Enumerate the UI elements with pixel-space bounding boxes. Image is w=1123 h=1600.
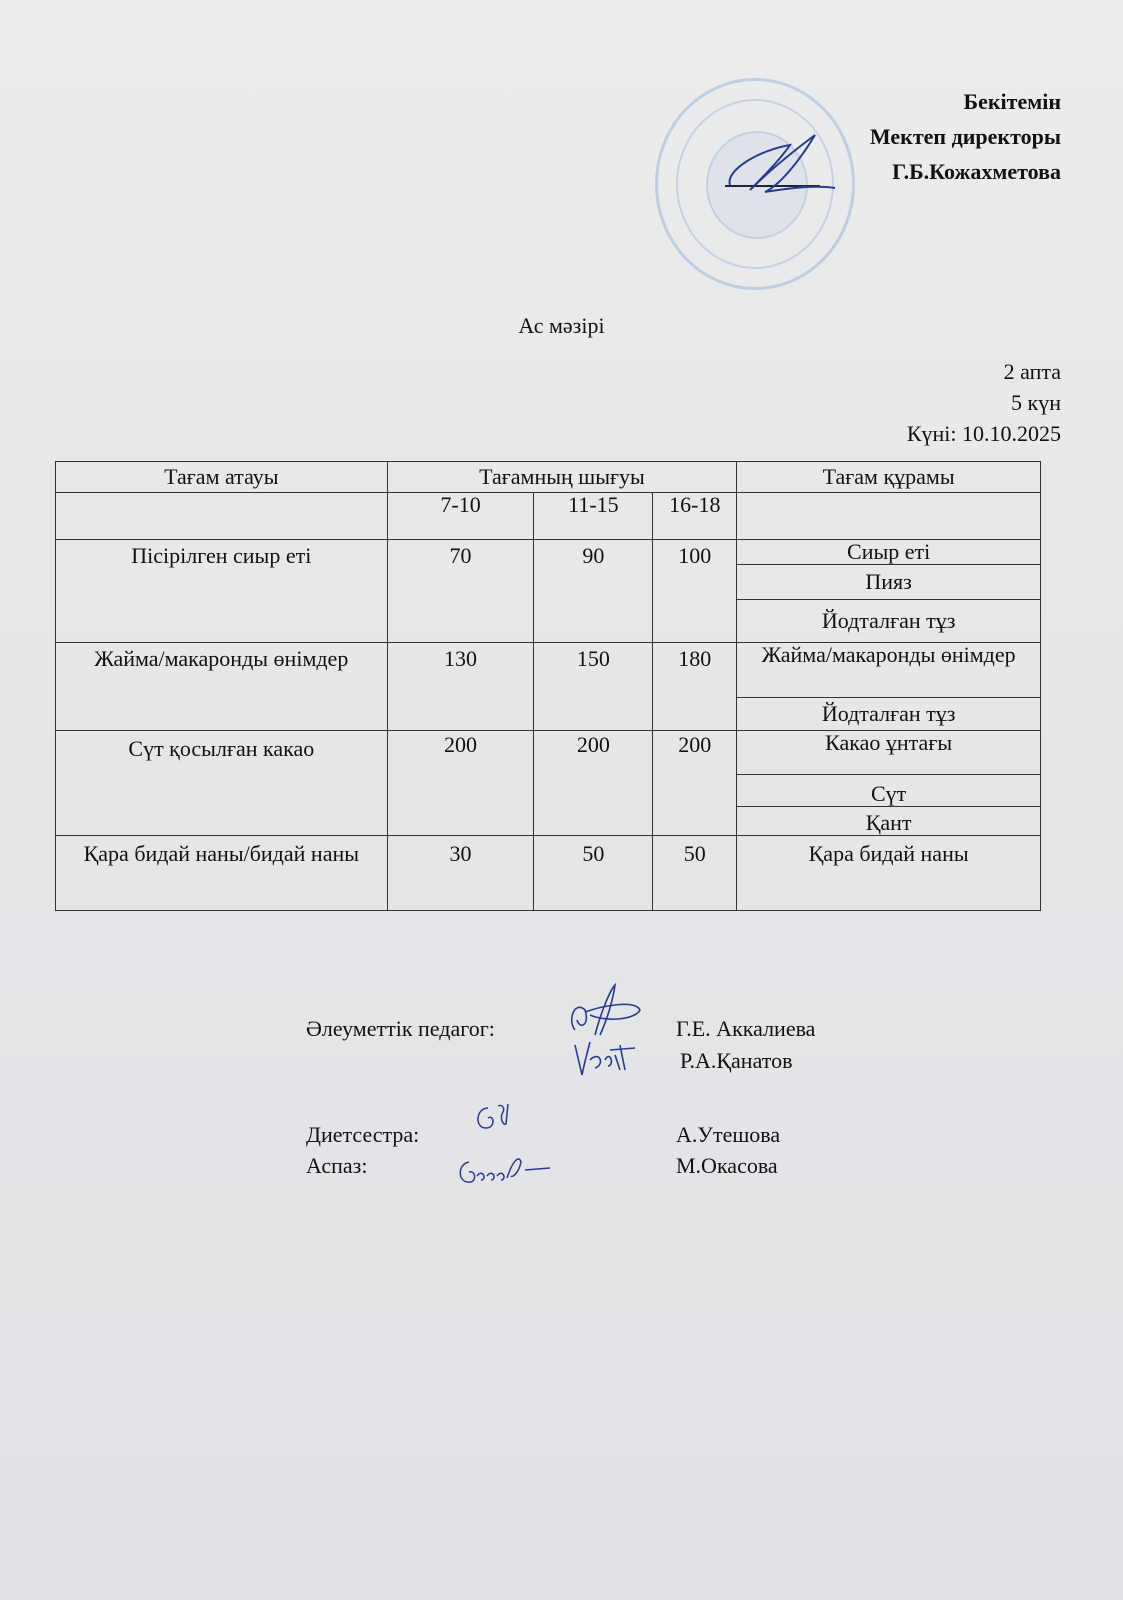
ingredient: Сүт [737,775,1041,807]
portion-16-18: 100 [653,540,737,643]
portion-16-18: 200 [653,731,737,836]
portion-7-10: 30 [387,836,534,911]
signer-name: Г.Е. Аккалиева [676,1016,815,1042]
dish-name: Пісірілген сиыр еті [56,540,388,643]
ingredient: Қара бидай наны [737,836,1041,911]
table-row: Қара бидай наны/бидай наны 30 50 50 Қара… [56,836,1041,911]
table-header-row: Тағам атауы Тағамның шығуы Тағам құрамы [56,462,1041,493]
table-row: Пісірілген сиыр еті 70 90 100 Сиыр еті [56,540,1041,565]
age-group-11-15: 11-15 [534,493,653,540]
document-meta: 2 апта 5 күн Күні: 10.10.2025 [907,356,1061,449]
director-signature [720,130,840,200]
subheader-empty [737,493,1041,540]
ingredient: Сиыр еті [737,540,1041,565]
cook-signature [455,1150,565,1190]
ingredient: Пияз [737,565,1041,600]
header-dish-name: Тағам атауы [56,462,388,493]
dish-name: Жайма/макаронды өнімдер [56,643,388,731]
dietitian-signature [470,1100,520,1135]
portion-7-10: 130 [387,643,534,731]
dish-name: Сүт қосылған какао [56,731,388,836]
header-output: Тағамның шығуы [387,462,737,493]
approval-position: Мектеп директоры [870,119,1061,154]
signer-role: Әлеуметтік педагог: [306,1016,495,1042]
portion-7-10: 70 [387,540,534,643]
table-subheader-row: 7-10 11-15 16-18 [56,493,1041,540]
age-group-7-10: 7-10 [387,493,534,540]
dish-name: Қара бидай наны/бидай наны [56,836,388,911]
week-label: 2 апта [907,356,1061,387]
portion-16-18: 50 [653,836,737,911]
signer-role: Диетсестра: [306,1122,419,1148]
ingredient: Қант [737,807,1041,836]
date-label: Күні: 10.10.2025 [907,418,1061,449]
menu-table: Тағам атауы Тағамның шығуы Тағам құрамы … [55,461,1041,911]
document-title: Ас мәзірі [0,313,1123,339]
approval-title: Бекітемін [870,84,1061,119]
ingredient: Йодталған тұз [737,600,1041,643]
signer-name: М.Окасова [676,1153,778,1179]
portion-7-10: 200 [387,731,534,836]
signer-name: А.Утешова [676,1122,780,1148]
subheader-empty [56,493,388,540]
table-row: Сүт қосылған какао 200 200 200 Какао ұнт… [56,731,1041,775]
ingredient: Йодталған тұз [737,698,1041,731]
portion-11-15: 90 [534,540,653,643]
approval-director-name: Г.Б.Кожахметова [870,154,1061,189]
day-label: 5 күн [907,387,1061,418]
signer-role: Аспаз: [306,1153,367,1179]
ingredient: Жайма/макаронды өнімдер [737,643,1041,698]
approval-block: Бекітемін Мектеп директоры Г.Б.Кожахмето… [870,84,1061,189]
document-page: Бекітемін Мектеп директоры Г.Б.Кожахмето… [0,0,1123,1600]
signer-name: Р.А.Қанатов [680,1048,793,1074]
header-composition: Тағам құрамы [737,462,1041,493]
portion-11-15: 150 [534,643,653,731]
table-row: Жайма/макаронды өнімдер 130 150 180 Жайм… [56,643,1041,698]
social-pedagogue-2-signature [570,1030,640,1085]
ingredient: Какао ұнтағы [737,731,1041,775]
portion-11-15: 50 [534,836,653,911]
portion-11-15: 200 [534,731,653,836]
age-group-16-18: 16-18 [653,493,737,540]
portion-16-18: 180 [653,643,737,731]
